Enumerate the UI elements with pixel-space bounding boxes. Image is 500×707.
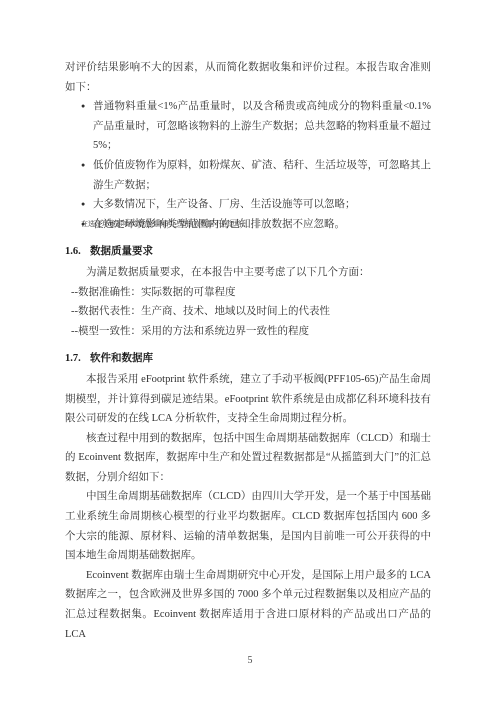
bullet-icon: ● [81,195,85,215]
section-number: 1.7. [65,349,90,369]
body-paragraph: Ecoinvent 数据库由瑞士生命周期研究中心开发，是国际上用户最多的 LCA… [65,566,431,644]
list-item: ● 低价值废物作为原料，如粉煤灰、矿渣、秸秆、生活垃圾等，可忽略其上游生产数据； [65,156,431,195]
quality-item: --模型一致性：采用的方法和系统边界一致性的程度 [65,322,431,342]
list-item-text: 大多数情况下，生产设备、厂房、生活设施等可以忽略； [93,199,356,210]
page-number: 5 [0,655,500,667]
bullet-icon: 在选定环境影响类型范围内的已知排放数据不应忽略。 [81,215,249,235]
bullet-icon: ● [81,97,85,117]
quality-item: --数据准确性：实际数据的可靠程度 [65,283,431,303]
body-paragraph: 本报告采用 eFootprint 软件系统，建立了手动平板阀(PFF105-65… [65,370,431,429]
page-content: 对评价结果影响不大的因素，从而简化数据收集和评价过程。本报告取舍准则如下： ● … [65,58,431,644]
intro-paragraph: 对评价结果影响不大的因素，从而简化数据收集和评价过程。本报告取舍准则如下： [65,58,431,97]
list-item: ● 普通物料重量<1%产品重量时，以及含稀贵或高纯成分的物料重量<0.1%产品重… [65,97,431,156]
list-item-text: 低价值废物作为原料，如粉煤灰、矿渣、秸秆、生活垃圾等，可忽略其上游生产数据； [93,160,431,191]
list-item: ● 大多数情况下，生产设备、厂房、生活设施等可以忽略； [65,195,431,215]
body-paragraph: 核查过程中用到的数据库，包括中国生命周期基础数据库（CLCD）和瑞士的 Ecoi… [65,429,431,488]
list-item: 在选定环境影响类型范围内的已知排放数据不应忽略。 ● 在选定环境影响类型范围内的… [65,215,431,235]
section-title: 数据质量要求 [90,246,153,257]
section-heading-1-7: 1.7.软件和数据库 [65,349,431,369]
cutoff-criteria-list: ● 普通物料重量<1%产品重量时，以及含稀贵或高纯成分的物料重量<0.1%产品重… [65,97,431,234]
section-lead: 为满足数据质量要求，在本报告中主要考虑了以下几个方面： [65,263,431,283]
section-title: 软件和数据库 [90,353,153,364]
list-item-text: 普通物料重量<1%产品重量时，以及含稀贵或高纯成分的物料重量<0.1%产品重量时… [93,101,431,151]
bullet-icon: ● [81,156,85,176]
bullet-icon: ● [81,215,85,235]
section-number: 1.6. [65,242,90,262]
body-paragraph: 中国生命周期基础数据库（CLCD）由四川大学开发，是一个基于中国基础工业系统生命… [65,487,431,565]
document-page: 对评价结果影响不大的因素，从而简化数据收集和评价过程。本报告取舍准则如下： ● … [0,0,500,707]
section-heading-1-6: 1.6.数据质量要求 [65,242,431,262]
quality-item: --数据代表性：生产商、技术、地域以及时间上的代表性 [65,302,431,322]
